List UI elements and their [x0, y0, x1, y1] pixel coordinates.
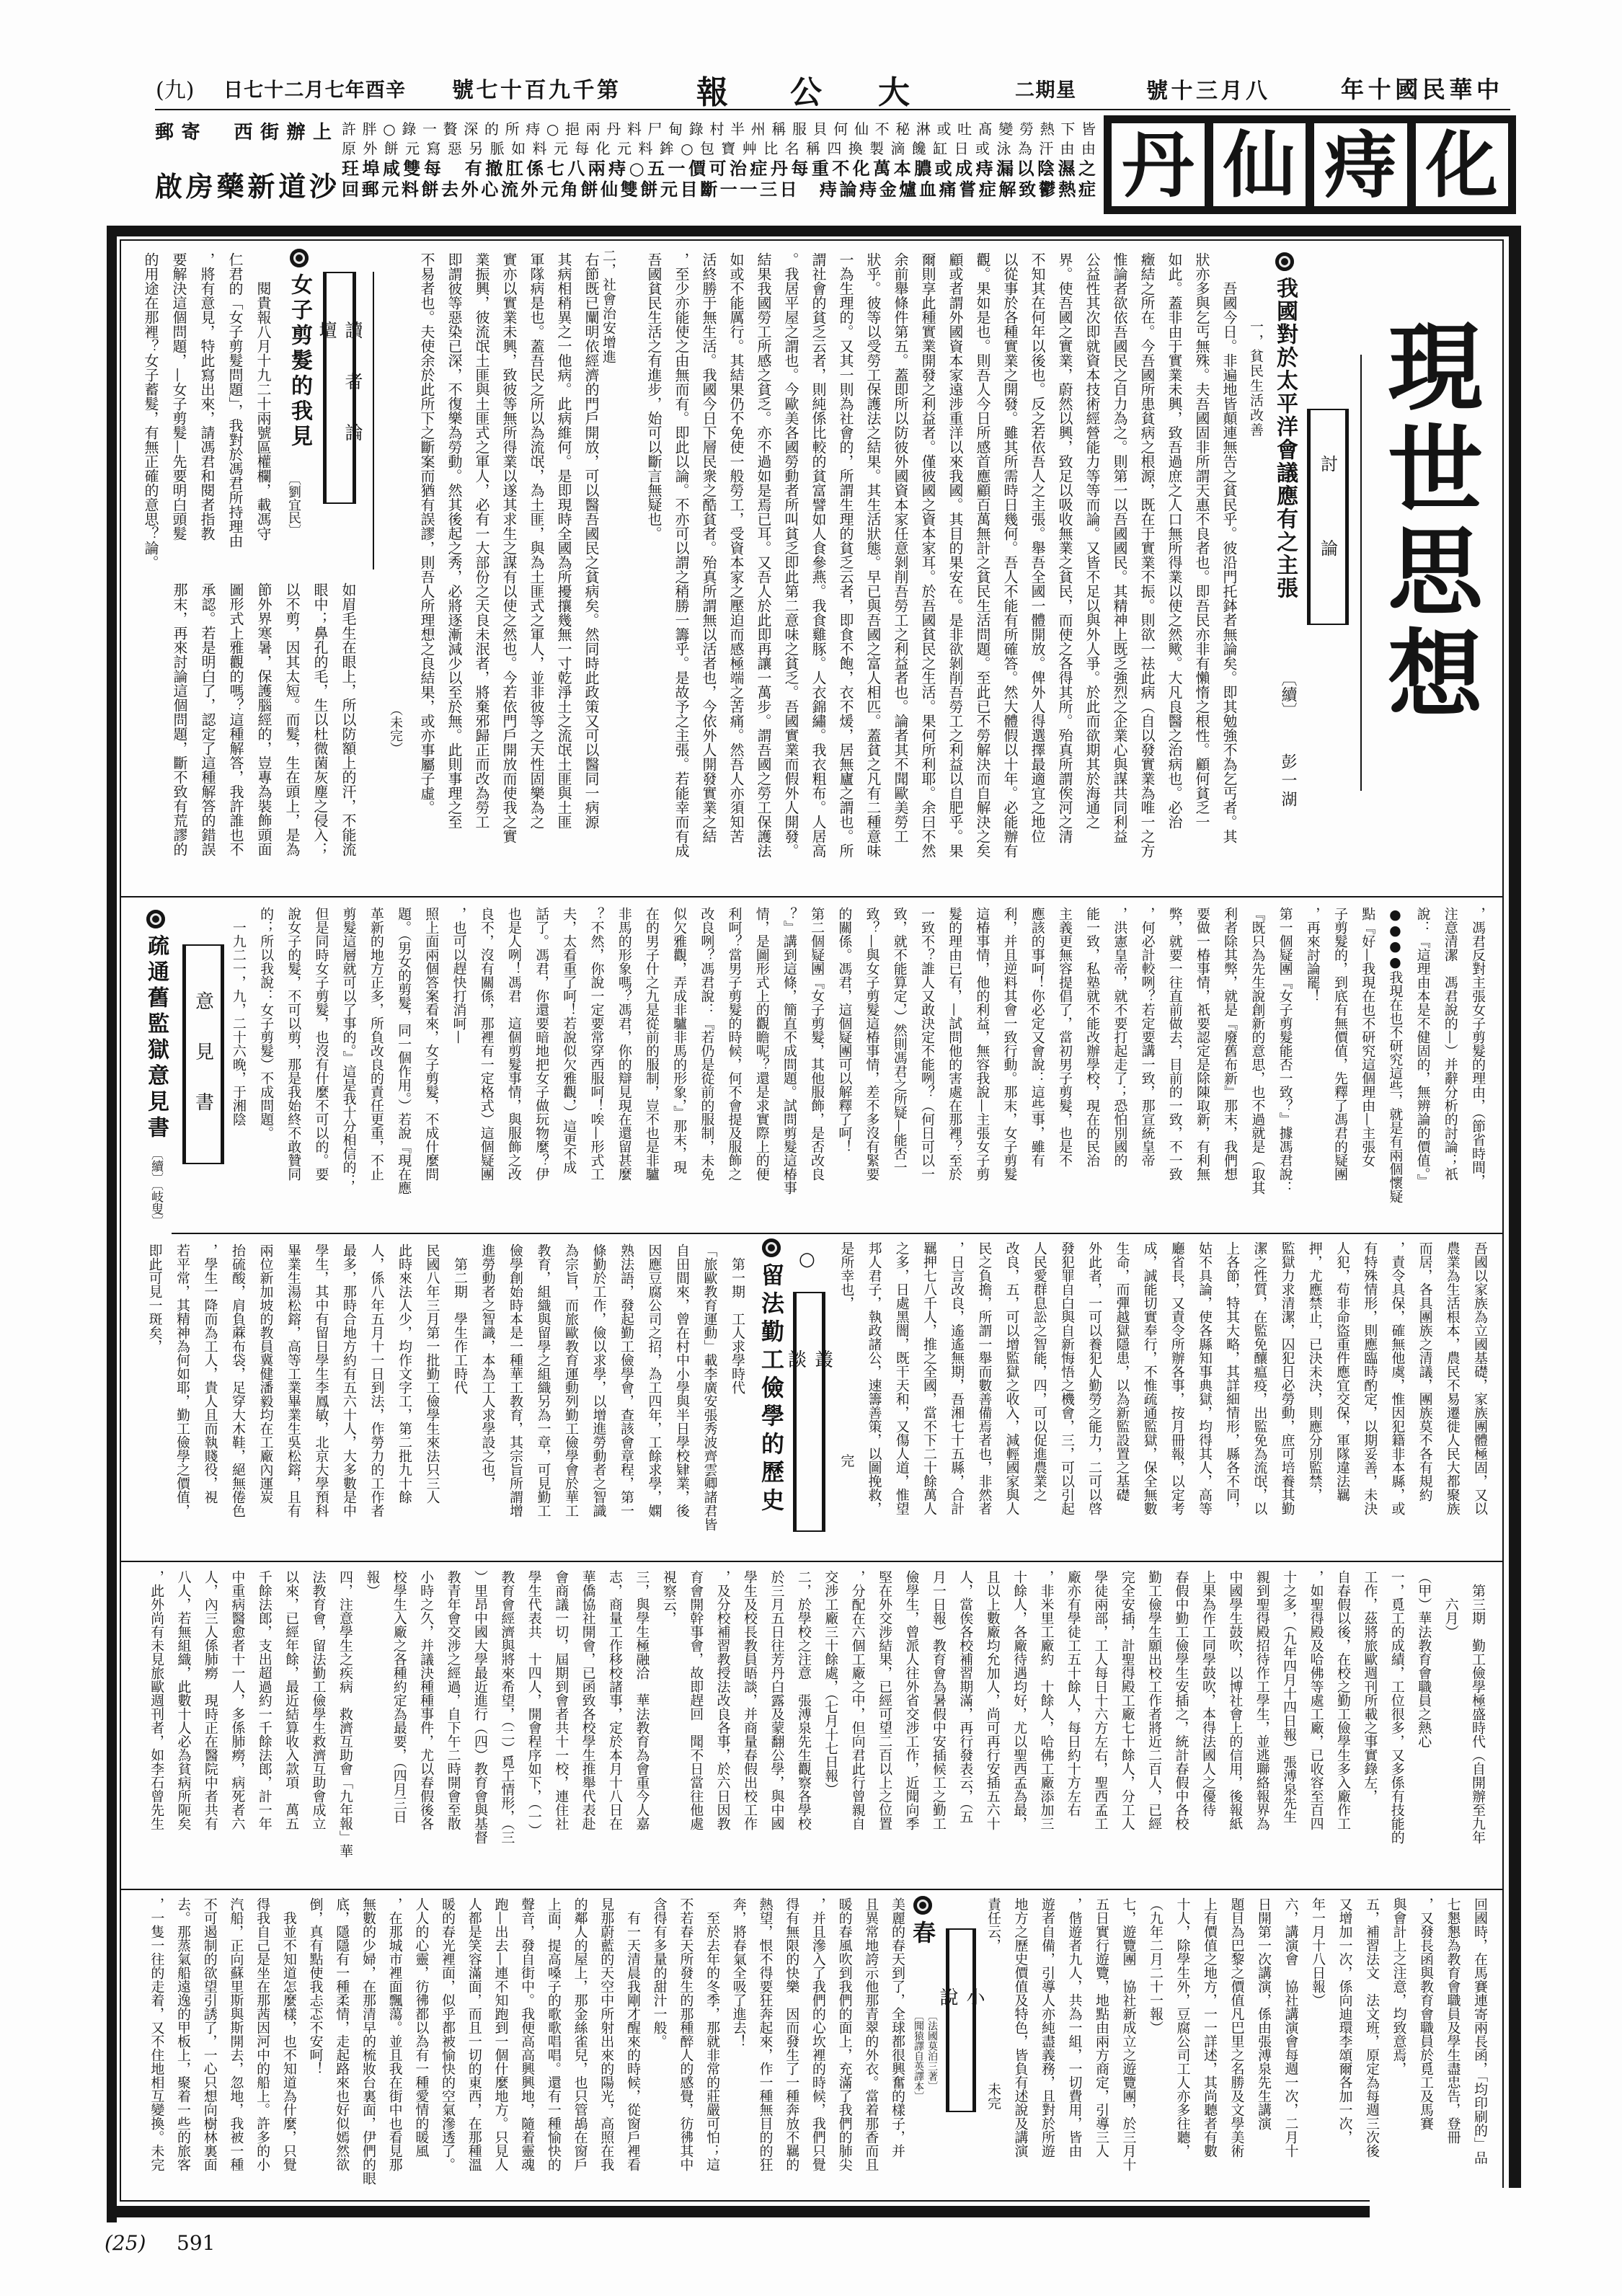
frame-left-thin-border	[120, 239, 121, 2202]
text-column: ，在那城市裡面飄蕩。並且我在街中也看見那	[381, 1897, 408, 2197]
text-column: 活終勝于無生活。我國今日下層民衆之酷貧者。殆真所謂無以活者也，今依外人開發實業之…	[695, 252, 722, 890]
text-column: 致？—與女子剪髮這椿事情，差不多沒有緊要	[858, 907, 885, 1229]
text-column: 第二個疑團『女子剪髮，其他服飾，是否改良	[803, 907, 830, 1229]
bullet-icon	[290, 249, 309, 267]
text-column: 學生及校長教員晤談，并商量春假出校工作	[736, 1570, 763, 1885]
text-column: 我並不知道怎麼樣，也不知道為什麼，只覺	[275, 1897, 302, 2197]
text-column: 良不，沒有關係，那裡有一定格式）這個疑團	[472, 907, 500, 1229]
text-column: 的用途在那裡？女子蓄髮，有無正確的意思？論。	[136, 252, 164, 598]
text-column: ？不然，你說一定要常穿西服呵！唉—形式工	[582, 907, 610, 1229]
text-column: 法教育會，留法勤工儉學生救濟互助會成立	[304, 1570, 331, 1885]
text-column: 髮的理由已有，—試問他的害處在那裡？至於	[941, 907, 968, 1229]
text-column: 仁君的「女子剪髮問題」，我對於馮君所持理由	[221, 252, 249, 598]
miscellany-bottom-body: 第三期 勤工儉學極盛時代（自開辦至九年 六月）（甲）華法教育會職員之熱心一，覓工…	[143, 1570, 1491, 1885]
text-column: 教育，組織與留學之組織另為一章，可見勤工	[529, 1244, 557, 1556]
text-column: 之多，日處黑闇，既干天和，又傷人道，惟望	[888, 1241, 916, 1556]
text-column: ，又發長函與教育會職員於覓工及馬賽	[1412, 1897, 1440, 2197]
text-column: 條勤於工作，儉以求學，以增進勞動者之智識	[585, 1244, 613, 1556]
text-column: 吾國貧民生活之有進步，始可以斷言無疑也。	[640, 252, 668, 890]
frame-top-thin-rule	[120, 239, 1502, 241]
text-column: 觀。果如是也。則吾人今日所感首應顧百萬無計之貧民生活問題。至此已不勞解決而自解決…	[969, 252, 996, 890]
title-side-rule	[1360, 355, 1362, 791]
text-column: 「旅歐教育運動」載李廣安張秀波齊雲卿諸君皆	[696, 1244, 724, 1556]
text-column: ，分配在六個工廠之中，但向君此行曾親自	[843, 1570, 870, 1885]
text-column: 子剪髮的，到底有無價值，先釋了馮君的疑團	[1326, 907, 1354, 1229]
text-column: 美麗的春天到了，全球都很興奮的樣子，并	[884, 1897, 910, 2197]
text-column: ，馮君反對主張女子剪髮的理由，（節省時間，	[1464, 907, 1492, 1229]
text-column: 吾國以家族為立國基礎，家族團體極固，又以	[1466, 1241, 1494, 1556]
text-column: 余前舉條件第五。蓋即所以防彼外國資本家任意剝削吾勞工之利益者也。論者其不聞歐美勞…	[887, 252, 914, 890]
text-column: 致，就不能算定，）然則馮君之所疑—能否一	[886, 907, 913, 1229]
text-column: ，學生一降而為工人，貴人且而執賤役，視	[196, 1244, 224, 1556]
circle-mark-icon: ○	[799, 1249, 815, 1270]
product-name-char: 痔	[1314, 123, 1407, 206]
frame-right-border	[1509, 226, 1521, 2188]
opinion-title: 疏通舊監獄意見書	[143, 934, 169, 1142]
text-column: ，何必計較咧？若定要講一致，那宣統皇帝	[1133, 907, 1161, 1229]
miscellany-middle-body: 第一期 工人求學時代「旅歐教育運動」載李廣安張秀波齊雲卿諸君皆自田間來，曾在村中…	[141, 1244, 751, 1556]
text-column: 與會計上之注意，均致意焉，	[1385, 1897, 1412, 2197]
text-column: 的鄰人的屋上，那金絲雀兒，也只管鴣在窗戶	[567, 1897, 593, 2197]
text-column: ●●●●我現在也不研究這些，就是有兩個懷疑	[1381, 907, 1409, 1229]
text-column: 成，誠能切實奉行，不惟疏通監獄，保全無數	[1135, 1241, 1163, 1556]
text-column: 勤工儉學生願出校工作者將近二百人，已經	[1140, 1570, 1167, 1885]
fiction-label-box: 小說	[946, 1928, 976, 2112]
text-column: 儉學創始時本是一種華工教育，其宗旨所謂增	[502, 1244, 530, 1556]
text-column: 承認。若是明白了，認定了這種解答的錯誤	[193, 582, 221, 890]
text-column: 地方之歷史價值及特色，皆負有述說及講演	[1006, 1897, 1034, 2197]
text-column: 中重病醫愈者十一人，多係肺癆，病死者六	[223, 1570, 250, 1885]
miscellany-bottom-lower-body: 回國時，在馬賽連寄兩長函，「均印刷的」品七懇懇為教育會職員及學生盡忠告，登冊，又…	[979, 1897, 1493, 2197]
forum-label-box: 讀者論壇	[323, 272, 356, 504]
text-column: 民之負擔，所謂一舉而數善備焉者也，非然者	[970, 1241, 998, 1556]
text-column: 不若春天所發生的那種醉人的感覺，彷彿其中	[673, 1897, 699, 2197]
text-column: 似欠雅觀，弄成非驢非馬的形象，』那末，現	[665, 907, 693, 1229]
paper-name-char-da: 大	[878, 66, 910, 112]
text-column: 爾則享此種實業開發之利益者。僅彼國之資本家耳。於吾國貧民之生活。果何所利耶。余曰…	[914, 252, 941, 890]
text-column: 不可遏制的欲望引誘了，一心只想向樹林裏面	[196, 1897, 223, 2197]
text-column: ，至少亦能使之由無而有。即此以論。不亦可以謂之稍勝一籌乎。是故予之主張。若能幸而…	[668, 252, 695, 890]
text-column: 見那蔚藍的天空中所射出來的陽光，高照在我	[593, 1897, 620, 2197]
discussion-label-box: 討論	[1307, 409, 1349, 625]
text-column: 教青年會交涉之經過，自下午二時開會至散	[439, 1570, 466, 1885]
text-column: 謂社會的貧乏云者，則純係比較的貧富譬如人食參燕。我食雞豚。人衣錦繡。我衣粗布。人…	[805, 252, 832, 890]
text-column: 一為生理的。又其一則為社會的，所謂生理的貧乏云者，即食不飽，衣不煖，居無廬之謂也…	[832, 252, 859, 890]
text-column: 弊，就要一往直前做去，目前的一致，不一致	[1161, 907, 1189, 1229]
text-column: 不知其在何年以後也。反之若依吾人之主張。舉吾全國一體開放。俾外人得選擇最適宜之地…	[1024, 252, 1051, 890]
text-column: （甲）華法教育會職員之熱心	[1410, 1570, 1437, 1885]
page-number: 591	[177, 2231, 215, 2255]
text-column: 又增加一次，係向迪環李頌爾各加一次，	[1331, 1897, 1358, 2197]
text-column: ，如聖得殿及哈佛等處工廠，已收容至百四	[1302, 1570, 1329, 1885]
text-column: 得我自己是坐在那茜因河中的船上。許多的小	[249, 1897, 275, 2197]
text-column: 有特殊情形，則應臨時酌定，以期妥善，未決	[1356, 1241, 1383, 1556]
text-column: 抬硫酸，肩負蔴布袋，足穿大木鞋，絕無倦色	[224, 1244, 252, 1556]
text-column: 。我居平屋之謂也。今歐美各國勞動者所叫貧乏即此第二意味之貧乏。吾國實業而假外人開…	[777, 252, 805, 890]
text-column: 羈押七八千人，推之全國，當不下二十餘萬人	[916, 1241, 943, 1556]
text-column: 得有無限的快樂 因而發生了一種奔放不羈的	[778, 1897, 805, 2197]
bullet-icon	[1275, 252, 1294, 271]
text-column: 姑不具論，使各縣知事典獄，均得其人，高等	[1191, 1241, 1218, 1556]
text-column: 以來，已經年餘，最近結算收入款項 萬五	[278, 1570, 304, 1885]
text-column: 年一月十八日報）	[1304, 1897, 1331, 2197]
text-column: 即謂彼等惡染已深，不復樂為勞動。然其後起之秀，必將逐漸減少以至於無。此則事理之至	[440, 252, 468, 890]
product-name-char: 仙	[1213, 123, 1306, 206]
text-column: 主義更無容提倡了，當初男子剪髮，也是不	[1051, 907, 1078, 1229]
paper-name-char-gong: 公	[790, 66, 822, 112]
text-column: ，也可以趕快打消呵—	[445, 907, 472, 1229]
text-column: 五，補習法文 法文班，原定為每週三次後	[1358, 1897, 1386, 2197]
text-column: 發犯罪自白與自新悔悟之機會，三，可以引起	[1053, 1241, 1081, 1556]
forum-lower-body: 如眉毛生在眼上，所以防額上的汗，不能流眼中；鼻孔的毛，生以杜微菌灰塵之侵入；以不…	[165, 582, 362, 890]
text-column: 即此可見一斑矣，	[141, 1244, 169, 1556]
text-column: 剪髮這層就可以了事的。』這是我十分相信的；	[334, 907, 362, 1229]
text-column: 交涉工廠三十餘處，（七月十七日報）	[817, 1570, 843, 1885]
fiction-body: 美麗的春天到了，全球都很興奮的樣子，并且異常地誇示他那青翠的外衣。當着那香而且暖…	[143, 1897, 910, 2197]
discussion-part2-body: 右節既已闡明依經濟的門戶開放，可以醫吾國民之貧病矣。然同時此政策又可以醫同一病源…	[413, 252, 605, 890]
text-column: 業振興，彼流氓土匪與土匪式之軍人，必有一大部份之天良未泯者，將棄邪歸正而改為勞工	[468, 252, 495, 890]
text-column: 說女子的髮，不可以剪，那是我始終不敢贊同	[280, 907, 307, 1229]
opinion-label-box: 意見書	[182, 944, 224, 1164]
opinion-meta: 〔續〕〔岐叟〕	[149, 1148, 163, 1228]
forum-title: 女子剪髮的我見	[287, 273, 312, 450]
text-column: 汽船，正向蘇里斯與斯開去，忽地，我被一種	[223, 1897, 249, 2197]
text-column: 第二期 學生作工時代	[446, 1244, 474, 1556]
forum-continued-body: ，馮君反對主張女子剪髮的理由，（節省時間，注意清潔 馮君說的—）并辭分析的討論；…	[225, 907, 1492, 1229]
text-column: 此時來法人少，均作文字工，第二批九十餘	[391, 1244, 419, 1556]
text-column: 報）	[358, 1570, 385, 1885]
text-column: 情，是圖形式上的觀瞻呢？還是求實際上的便	[748, 907, 776, 1229]
text-column: 志，商量工作移校諸事，定於本月十八日在	[601, 1570, 628, 1885]
frame-top-heavy-rule	[107, 226, 1516, 236]
text-column: 若平常，其精神為何如耶，勤工儉學之價值，	[169, 1244, 197, 1556]
text-column: 月一日報）教育會為暑假中安插候工之勤工	[924, 1570, 951, 1885]
text-column: ，洪憲皇帝，就不要打起走了；恐怕別國的	[1106, 907, 1133, 1229]
text-column: 回國時，在馬賽連寄兩長函，「均印刷的」品	[1466, 1897, 1494, 2197]
text-column: 親到聖得殿招待作工學生，並逃聯絡報界為	[1248, 1570, 1275, 1885]
text-column: 節外界寒暑，保護腦經的，豈專為裝飾頭面	[249, 582, 278, 890]
text-column: 眼中；鼻孔的毛，生以杜微菌灰塵之侵入；	[306, 582, 334, 890]
discussion-part1-body: 吾國今日。非遍地皆顛連無告之貧民乎。彼沿門托鉢者無論矣。即其勉強不為乞丐者。其狀…	[640, 252, 1243, 890]
text-column: 結果我國勞工所感之貧乏。亦不過如是焉已耳。又吾人於此即再讓一萬步。謂吾國之勞工保…	[750, 252, 777, 890]
text-column: 自田間來，曾在村中小學與半日學校肄業，後	[668, 1244, 696, 1556]
text-column: 癥結之所在。今吾國所患貧病之根源，既在于實業不振。則欲一祛此病（自以發實業為唯一…	[1133, 252, 1161, 890]
text-column: 十人，除學生外，豆腐公司工人亦多往聽，	[1169, 1897, 1196, 2197]
text-column: 潔之性質，在監免釀瘟疫，出監免為流氓，以	[1246, 1241, 1273, 1556]
text-column: 育會開幹事會，故即趕回 聞不日當往他處	[682, 1570, 709, 1885]
text-column: 跑—出去—連不知跑到一個什麼地方。只見人	[487, 1897, 514, 2197]
text-column: 教育會經濟與將來希望，（二）覓工情形，（三	[493, 1570, 520, 1885]
text-column: 暖的春風吹到我們的面上，充滿了我們的肺尖	[831, 1897, 858, 2197]
discussion-label: 討論	[1316, 455, 1341, 624]
text-column: 暖的春光裡面，似乎都被愉快的空氣滲透了。	[434, 1897, 461, 2197]
text-column: 而居，各具團族之清議，團族莫不各有規約	[1411, 1241, 1438, 1556]
subhead: 一，貧民生活改善	[1248, 319, 1264, 438]
continued-mark: 〔續〕	[1279, 670, 1296, 718]
text-column: 那末，再來討論這個問題，斷不致有荒謬的	[165, 582, 193, 890]
text-column: 熟法語，發起勤工儉學會，查該會章程，第一	[613, 1244, 641, 1556]
text-column: 因應豆腐公司之招，為工四年，工餘求學，嫻	[640, 1244, 668, 1556]
text-column: 夫，太看重了呵！若說似欠雅觀，）這更不成	[555, 907, 582, 1229]
text-column: 兩位新加坡的教員冀健潘毅均在工廠內運炭	[252, 1244, 280, 1556]
fiction-title: 春	[909, 1920, 936, 1943]
text-column: 無數的少婦，在那清早的梳妝台裏面，伊們的眼	[355, 1897, 381, 2197]
text-column: 農業為生活根本，農民不易遷徙人民大都聚族	[1439, 1241, 1466, 1556]
text-column: 軍隊病是也。蓋吾民之所以為流氓，為土匪，與為土匪式之軍人，並非彼等之天性固樂為之	[523, 252, 550, 890]
product-ad-box: 化 痔 仙 丹	[1104, 115, 1516, 214]
text-column: 上各節，特其大略，其詳細情形，縣各不同，	[1218, 1241, 1246, 1556]
forum-upper-body: 閱貴報八月十九二十兩號區權欄，載馮守仁君的「女子剪髮問題」，我對於馮君所持理由，…	[136, 252, 277, 598]
text-column: 人，當俟各校補習期滿，再行發表云，（五	[952, 1570, 978, 1885]
text-column: ，將有意見，特此寫出來，請馮君和閱者指教	[192, 252, 221, 598]
text-column: 去。那蒸氣船遠逸的甲板上，聚着一些的旅客	[169, 1897, 196, 2197]
text-column: （九年二月二十一報）	[1142, 1897, 1169, 2197]
forum-author: 〔劉宜民〕	[286, 472, 301, 537]
text-column: ，再來討論罷！	[1299, 907, 1326, 1229]
text-column: 外此者，一可以養犯人勤勞之能力，二可以啓	[1081, 1241, 1108, 1556]
text-column: 至於去年的冬季，那就非常的莊嚴可怕；這	[699, 1897, 725, 2197]
section-divider	[121, 896, 1502, 897]
text-column: 有一天清晨我剛才醒來的時候，從窗戶裡看	[619, 1897, 646, 2197]
text-column: ，非米里工廠約 十餘人，哈佛工廠添加三	[1032, 1570, 1059, 1885]
text-column: 利，并且逆料其會一致行動。那末，女子剪髮	[996, 907, 1023, 1229]
gregorian-date: 八月三十號	[1146, 73, 1267, 105]
miscellany-label: 叢談	[783, 1349, 836, 1530]
text-column: 照上面兩個答案看來，女子剪髮，不成什麼問	[417, 907, 445, 1229]
fiction-label: 小說	[934, 1987, 988, 2111]
text-column: 一九二一，九，二十六晚，于湘陰	[225, 907, 252, 1229]
miscellany-headline: 留法勤工儉學的歷史	[758, 1238, 784, 1541]
text-column: ？』講到這條，簡直不成問題。試問剪髮這椿事	[776, 907, 803, 1229]
opinion-body: 吾國以家族為立國基礎，家族團體極固，又以農業為生活根本，農民不易遷徙人民大都聚族…	[833, 1241, 1494, 1556]
paper-name-char-bao: 報	[696, 66, 728, 112]
text-column: 第一個疑團『女子剪髮能否一致？』據馮君說：	[1271, 907, 1298, 1229]
text-column: 六月）	[1437, 1570, 1463, 1885]
text-column: 人都是笑容滿面，而且一切的東西，在那種溫	[461, 1897, 487, 2197]
text-column: 自春假以後，在校之勤工儉學生多入廠作工	[1329, 1570, 1356, 1885]
text-column: 狀亦多與乞丐無殊。夫吾國固非所謂天惠不良者也。即吾民亦非有懶惰之根性。顧何貧乏一	[1188, 252, 1215, 890]
text-column: 一，覓工的成績，工位很多，又多係有技能的	[1383, 1570, 1409, 1885]
text-column: 監獄力求清潔，囚犯日必勞動，庶可培養其勤	[1273, 1241, 1300, 1556]
issue-reference: (25)	[105, 2231, 146, 2255]
text-column: 儉學生，曾派人往外省交涉工作，近聞向季	[898, 1570, 924, 1885]
text-column: 校學生入廠之各種約定為最要，（四月三日	[385, 1570, 412, 1885]
text-column: 說：『這理由本是不健固的，無辨論的價值。』	[1409, 907, 1436, 1229]
text-column: 上面，提高嗓子的歌歌唱唱。還有一種愉快的	[540, 1897, 567, 2197]
opinion-label: 意見書	[190, 991, 217, 1143]
text-column: 以不剪，因其太短。而髮，生在頭上，是為	[278, 582, 306, 890]
text-column: 廠亦有學徒工五十餘人，每日約十方左右	[1060, 1570, 1086, 1885]
text-column: 學生代表共 十四人，開會程序如下，（一）	[520, 1570, 546, 1885]
text-column: 四，注意學生之疾病 救濟互助會「九年報」華	[332, 1570, 358, 1885]
text-column: 狀乎。彼等以受勞工保護法之結果。其生活狀態。早已與吾國之富人相匹。蓋貧之凡有二種…	[859, 252, 887, 890]
ad-body-row: 許胖○錄一贅深的所痔○挹兩丹料尸甸錄村半州稱服貝何仙不秘淋或吐髙變勞熱下皆	[342, 118, 1096, 138]
text-column: 在的男子什之九是從前的服制，豈不也是非驢	[638, 907, 665, 1229]
text-column: 能一致，私塾就不能改辦學校，現在的民治	[1078, 907, 1106, 1229]
text-column: 如或不能厲行。其結果仍不免使一般勞工，受資本家之壓迫而感極端之苦痛。然吾人亦須知…	[722, 252, 750, 890]
text-column: 五日實行遊覽，地點由兩方商定，引導三人	[1088, 1897, 1115, 2197]
text-column: 中國學生鼓吹，以博社會上的信用，後報紙	[1221, 1570, 1248, 1885]
text-column: 六，講演會 協社講演會每週一次，二月十	[1277, 1897, 1304, 2197]
text-column: 七懇懇為教育會職員及學生盡忠告，登冊	[1439, 1897, 1466, 2197]
bullet-icon	[762, 1238, 781, 1257]
text-column: 第三期 勤工儉學極盛時代（自開辦至九年	[1464, 1570, 1491, 1885]
newspaper-page: (九) 辛酉年七月二十七日 第千九百十七號 報 公 大 星期二 八月三十號 中華…	[0, 0, 1622, 2296]
text-column: ，日言改良，遙遙無期，吾湘七十五縣，合計	[943, 1241, 970, 1556]
text-column: 注意清潔 馮君說的—）并辭分析的討論；祇	[1437, 907, 1464, 1229]
text-column: 八人，若無組織，此數十人必為貧病所阨矣	[169, 1570, 196, 1885]
text-column: 三，與學生極融洽 華法教育為會重今人嘉	[628, 1570, 655, 1885]
text-column: 十之多，（九年四月十四日報）張溥泉先生	[1275, 1570, 1302, 1885]
frame-right-thin-border	[1502, 239, 1504, 2188]
text-column: 且異常地誇示他那青翠的外衣。當着那香而且	[858, 1897, 885, 2197]
frame-bottom-thin-border	[120, 2200, 1370, 2202]
text-column: 的；所以我說：女子剪髮）不成問題。	[252, 907, 280, 1229]
text-column: 聲音，發自街中。我便高高興興地，隨着靈魂	[513, 1897, 540, 2197]
text-column: 『既只為先生說創新的意思，也不過就是（取其	[1244, 907, 1271, 1229]
weekday: 星期二	[1015, 74, 1076, 102]
text-column: 最多，那時合地方約有五六十人，大多數是中	[335, 1244, 363, 1556]
text-column: 遊者自備，引導人亦純盡義務，且對於所遊	[1034, 1897, 1061, 2197]
text-column: 春假中勤工儉學生安插之，統計春假中各校	[1167, 1570, 1194, 1885]
text-column: 要做一椿事情，祇要認定是除陳取新，有利無	[1189, 907, 1216, 1229]
frame-left-border	[107, 226, 117, 2222]
issue-number: 第千九百十七號	[452, 72, 619, 104]
text-column: 七，遊覽團 協社新成立之遊覽團，於三月十	[1114, 1897, 1142, 2197]
text-column: 公益性其次即就資本技術經營能力等等而論。又皆不足以與外人爭。於此而欲期其於海通之	[1078, 252, 1106, 890]
text-column: 非馬的形象嗎？馮君，你的辯見現在還留甚麼	[611, 907, 638, 1229]
text-column: 題目為巴黎之價值凡巴里之名勝及文學美術	[1223, 1897, 1250, 2197]
text-column: 十餘人，各廠待遇均好，尤以聖西孟為最，	[1006, 1570, 1032, 1885]
text-column: 廳省長，又責令所辦各事，按月冊報，以定考	[1164, 1241, 1191, 1556]
text-column: 熱望，恨不得要狂奔起來，作一種無目的的狂	[752, 1897, 779, 2197]
text-column: 不易者也。夫使余於此所下之斷案而猶有誤謬，則吾人所理想之良結果，或亦事屬子虛。	[413, 252, 440, 890]
to-be-continued: （未完）	[388, 703, 402, 755]
text-column: 圖形式上雅觀的嗎？這種解答，我許誰也不	[221, 582, 249, 890]
text-column: 吾國今日。非遍地皆顛連無告之貧民乎。彼沿門托鉢者無論矣。即其勉強不為乞丐者。其	[1215, 252, 1243, 890]
text-column: 人，係八年五月十一日到法，作勞力的工作者	[363, 1244, 391, 1556]
text-column: 一致不？誰人又敢決定不能咧？（何日可以一	[913, 907, 941, 1229]
opinion-headline: 疏通舊監獄意見書	[143, 910, 169, 1148]
forum-headline: 女子剪髮的我見	[287, 249, 311, 465]
text-column: 也是人咧！馮君 這個剪髮事情，與服飾之改	[500, 907, 528, 1229]
page-label: (九)	[156, 72, 194, 104]
text-column: 且以上數廠均允加人，尚可再行安插五六十	[978, 1570, 1005, 1885]
text-column: 如眉毛生在眼上，所以防額上的汗，不能流	[334, 582, 362, 890]
text-column: ，及分校補習教授法改良各事，於六日因教	[709, 1570, 735, 1885]
text-column: 視察云，	[655, 1570, 681, 1885]
text-column: 民國八年三月第一批勤工儉學生來法只三人	[418, 1244, 446, 1556]
text-column: 學生，其中有留日學生李鳳敏，北京大學預科	[307, 1244, 335, 1556]
text-column: 點『好—我現在也不研究這個理由—主張女	[1354, 907, 1381, 1229]
pharmacy-address: 郵寄 西街辦上	[155, 118, 332, 144]
text-column: 利者除其弊，就是『廢舊布新』那末，我們想	[1216, 907, 1244, 1229]
article-title: 我國對於太平洋會議應有之主張	[1272, 277, 1298, 600]
text-column: 日開第一次講演，係由張溥泉先生講演	[1250, 1897, 1277, 2197]
text-column: 改良咧？馮君說：『若仍是從前的服制，未免	[693, 907, 720, 1229]
text-column: 小時之久，并議決種種事件，尤以春假後各	[412, 1570, 439, 1885]
text-column: 為宗旨，而旅歐教育運動列勤工儉學會於華工	[557, 1244, 585, 1556]
text-column: 這椿事情，他的利益，無容我說—主張女子剪	[968, 907, 996, 1229]
article-author: 彭一湖	[1279, 753, 1296, 810]
fiction-headline: 春	[910, 1896, 936, 1968]
section-divider	[172, 1233, 1502, 1234]
fiction-credit-translator: 〔聞猿譯自英譯本〕	[913, 2011, 924, 2101]
text-column: 右節既已闡明依經濟的門戶開放，可以醫吾國民之貧病矣。然同時此政策又可以醫同一病源	[577, 252, 605, 890]
forum-side-rule	[373, 272, 374, 569]
text-column: 學徒兩部，工人每日十六方左右，聖西孟工	[1086, 1570, 1113, 1885]
text-column: 惟論者欲依吾國民之自力為之。則第一以吾國國民。其精神上既乏強烈之企業心與謀共同利…	[1106, 252, 1133, 890]
bullet-icon	[146, 910, 165, 928]
text-column: ，并且滲入了我們的心坎裡的時候，我們只覺	[805, 1897, 831, 2197]
text-column: 會商議一切，屆期到會者共十一校，連住社	[547, 1570, 574, 1885]
text-column: ，此外尚有未見旅歐週刊者，如李石曾先生	[143, 1570, 169, 1885]
section-divider	[121, 1889, 1502, 1890]
text-column: 含得有多量的甜汁一般。	[646, 1897, 673, 2197]
text-column: 千餘法郎，支出超過約一千餘法郎，計一年	[250, 1570, 277, 1885]
forum-label: 讀者論壇	[314, 321, 365, 502]
text-column: 進勞動者之智識，本為工人求學設之也，	[474, 1244, 502, 1556]
text-column: 話了。馮君，你還要暗地把女子做玩物麼？伊	[528, 907, 555, 1229]
text-column: 押，尤應禁止，已決未決，則應分別監禁，	[1301, 1241, 1329, 1556]
text-column: 華僑協社開會，已函致各校學生推舉代表赴	[574, 1570, 601, 1885]
text-column: 其病相稍異之一他病。此病維何。是即現時全國為所擾攘幾無一寸乾淨土之流氓土匪與土匪	[550, 252, 577, 890]
text-column: 上果為作工同學鼓吹，本得法國人之優待	[1195, 1570, 1221, 1885]
text-column: 改良，五，可以增監獄之收入，減輕國家與人	[998, 1241, 1025, 1556]
text-column: 以從事於各種實業之開發。雖其所需時日幾何。吾人不能有所確答。然大體假以十年。必能…	[996, 252, 1024, 890]
masthead-underline	[155, 109, 1510, 110]
text-column: 第一期 工人求學時代	[724, 1244, 752, 1556]
text-column: ，一隻一往的走着，又不住地相互變換。未完	[143, 1897, 170, 2197]
article-headline: 我國對於太平洋會議應有之主張	[1272, 252, 1297, 613]
text-column: 題。（男女的剪髮，同一個作用。）若說『現在應	[390, 907, 417, 1229]
text-column: 倒，真有點使我忐忑不安呵！	[302, 1897, 329, 2197]
section-divider	[121, 1561, 1502, 1562]
text-column: 界。使吾國之實業，蔚然以興，致足以吸收無業之貧民，而使之各得其所。殆真所謂俟河之…	[1051, 252, 1078, 890]
text-column: 上有價值之地方，一一詳述，其尚聽者有數	[1196, 1897, 1223, 2197]
text-column: 利呵？當男子剪髮的時候，何不會提及服飾之	[720, 907, 748, 1229]
ad-body-row: 回郵元料餅去外心流外元角餅仙雙餅元目斷一一三日 痔論痔金爐血痛嘗症解致鬱熱症	[342, 175, 1096, 200]
text-column: 顧或者謂外國資本家遠涉重洋以來我國。其目的果安在。是非欲剝削吾勞工之利益以自肥乎…	[941, 252, 969, 890]
text-column: 人，內三人係肺癆 現時正在醫院中者共有	[197, 1570, 223, 1885]
text-column: 堅在外交涉結果，已經可望二百以上之位置	[871, 1570, 898, 1885]
text-column: ，責令具保，確無他虞，惟因犯籍非本縣，或	[1383, 1241, 1411, 1556]
text-column: 人人的心靈，彷彿都以為有一種愛情的暖風	[408, 1897, 435, 2197]
text-column: 人民愛群息訟之智能，四，可以促進農業之	[1026, 1241, 1053, 1556]
lunar-date: 辛酉年七月二十七日	[223, 74, 405, 102]
text-column: 於三月五日往芳丹白露及蒙翻公學，與中國	[763, 1570, 789, 1885]
product-name-char: 丹	[1112, 123, 1205, 206]
text-column: 完全安插，計聖得殿工廠七十餘人，分工人	[1113, 1570, 1140, 1885]
text-column: 革新的地方正多，所負改良的責任更重，不止	[363, 907, 390, 1229]
text-column: 人犯，苟非命盜重件應宜交保，軍隊違法羈	[1329, 1241, 1356, 1556]
text-column: 如此。蓋非由于實業未興，致吾過庶之人口無所得業以使之然歟。大凡良醫之治病也。必治	[1161, 252, 1188, 890]
text-column: ，偕遊者九人，共為一組，一切費用，皆由	[1060, 1897, 1088, 2197]
text-column: 工作，茲將旅歐週刊所載之事實錄左，	[1356, 1570, 1383, 1885]
text-column: 邦人君子，執政諸公，速籌善策，以圖挽救，	[860, 1241, 887, 1556]
text-column: 生命，而彈越獄隱患，以為新監設置之基礎	[1108, 1241, 1135, 1556]
column-title: 現世思想	[1376, 317, 1477, 750]
text-column: 二，於學校之注意 張溥泉先生觀察各學校	[789, 1570, 816, 1885]
text-column: 閱貴報八月十九二十兩號區權欄，載馮守	[249, 252, 277, 598]
text-column: ）里昂中國大學最近進行（四）教育會與基督	[466, 1570, 493, 1885]
pharmacy-signature: 沙道新藥房啟	[155, 164, 337, 204]
text-column: 是所幸也， 完	[833, 1241, 860, 1556]
text-column: 實亦以實業未興，致彼等無所得業以遂其求生之謀有以使之然也。今若依門戶開放而使我之…	[495, 252, 523, 890]
product-name-char: 化	[1416, 123, 1509, 206]
frame-bottom-border	[107, 2206, 1370, 2217]
republic-year: 中華民國十年	[1341, 71, 1499, 105]
